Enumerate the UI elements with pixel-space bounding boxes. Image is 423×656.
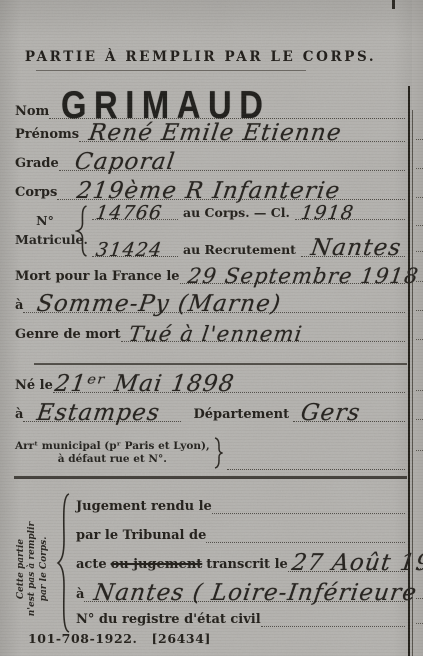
field-matricule: N° Matricule. 14766 au Corps. — Cl. 1918… xyxy=(15,203,405,259)
matricule-brace xyxy=(75,204,88,258)
field-transcription-line: 27 Août 1919 xyxy=(288,557,405,572)
edge-dotted-stub xyxy=(416,623,423,624)
field-prenoms-label: Prénoms xyxy=(15,127,79,142)
field-transcription: acte ou jugement transcrit le 27 Août 19… xyxy=(76,557,405,572)
edge-dotted-stub xyxy=(416,197,423,198)
field-prenoms: Prénoms René Emile Etienne xyxy=(15,127,405,142)
field-matricule-label: N° Matricule. xyxy=(15,212,75,250)
edge-dotted-stub xyxy=(416,168,423,169)
field-grade-value: Caporal xyxy=(73,149,177,175)
field-arrondissement-line xyxy=(227,455,405,470)
field-transcription-label-struck: ou jugement xyxy=(111,557,203,572)
sidenote-line3: par le Corps. xyxy=(39,500,50,638)
matricule-classe-line: 1918 xyxy=(295,205,405,220)
field-transcription-lieu-value: Nantes ( Loire-Inférieure xyxy=(93,580,420,606)
matricule-au-corps-label: au Corps. — Cl. xyxy=(183,205,290,220)
field-prenoms-line: René Emile Etienne xyxy=(79,127,405,142)
field-naissance-date: Né le 21ᵉʳ Mai 1898 xyxy=(15,378,405,393)
field-naissance-date-label: Né le xyxy=(15,378,53,393)
edge-dotted-stub xyxy=(416,339,423,340)
field-genre-mort-label: Genre de mort xyxy=(15,327,121,342)
edge-dotted-stub xyxy=(416,139,423,140)
field-tribunal-line xyxy=(206,528,405,543)
field-naissance-lieu: à Estampes Département Gers xyxy=(15,407,405,422)
field-corps-value: 219ème R Infanterie xyxy=(75,178,342,204)
field-mort-date-label: Mort pour la France le xyxy=(15,269,180,284)
field-corps-line: 219ème R Infanterie xyxy=(57,185,405,200)
field-registre-line xyxy=(261,612,405,627)
edge-dotted-stub xyxy=(416,390,423,391)
field-transcription-value: 27 Août 1919 xyxy=(290,550,423,576)
print-code: 101-708-1922. xyxy=(28,631,138,646)
field-corps: Corps 219ème R Infanterie xyxy=(15,185,405,200)
matricule-lieu-value: Nantes xyxy=(309,235,403,261)
field-grade: Grade Caporal xyxy=(15,156,405,171)
death-record-card: PARTIE À REMPLIR PAR LE CORPS. Nom GRIMA… xyxy=(0,0,423,656)
field-arrondissement-label-line2: à défaut rue et N°. xyxy=(15,453,210,466)
edge-dotted-stub xyxy=(416,419,423,420)
matricule-au-recrutement-label: au Recrutement xyxy=(183,242,296,257)
matricule-row-recrutement: 31424 au Recrutement Nantes xyxy=(92,242,405,257)
section-divider-thick xyxy=(14,476,407,479)
civil-section-brace xyxy=(56,492,71,634)
top-edge-mark xyxy=(392,0,395,9)
field-tribunal: par le Tribunal de xyxy=(76,528,405,543)
field-prenoms-value: René Emile Etienne xyxy=(87,120,343,146)
field-naissance-lieu-line: Estampes xyxy=(23,407,181,422)
field-nom: Nom GRIMAUD xyxy=(15,104,405,119)
field-arrondissement-label-line1: Arrᵗ municipal (pʳ Paris et Lyon), xyxy=(15,440,210,453)
field-jugement-line xyxy=(212,499,405,514)
field-naissance-lieu-label: à xyxy=(15,407,23,422)
field-arrondissement: Arrᵗ municipal (pʳ Paris et Lyon), à déf… xyxy=(15,436,405,470)
field-corps-label: Corps xyxy=(15,185,57,200)
field-registre-label: N° du registre d'état civil xyxy=(76,612,261,627)
edge-dotted-stub xyxy=(416,598,423,599)
field-jugement-label: Jugement rendu le xyxy=(76,499,212,514)
field-naissance-lieu-value: Estampes xyxy=(36,400,163,426)
field-departement-line: Gers xyxy=(293,407,405,422)
matricule-recrutement-value: 31424 xyxy=(94,239,164,261)
field-departement-label: Département xyxy=(193,407,289,422)
field-mort-lieu-line: Somme-Py (Marne) xyxy=(23,298,405,313)
field-mort-lieu-value: Somme-Py (Marne) xyxy=(36,291,284,317)
field-transcription-lieu-label: à xyxy=(76,587,84,602)
edge-dotted-stub xyxy=(416,225,423,226)
field-matricule-label-line1: N° xyxy=(15,212,75,231)
field-transcription-lieu: à Nantes ( Loire-Inférieure xyxy=(76,587,405,602)
header-rule xyxy=(36,70,306,71)
field-mort-date-value: 29 Septembre 1918 xyxy=(186,264,420,288)
matricule-classe-value: 1918 xyxy=(299,202,355,224)
field-naissance-date-value: 21ᵉʳ Mai 1898 xyxy=(53,371,236,397)
field-transcription-lieu-line: Nantes ( Loire-Inférieure xyxy=(84,587,405,602)
print-reference: 101-708-1922.[26434] xyxy=(28,631,225,646)
field-tribunal-label: par le Tribunal de xyxy=(76,528,206,543)
arrondissement-brace xyxy=(213,436,224,470)
field-mort-date-line: 29 Septembre 1918 xyxy=(180,269,405,284)
field-registre: N° du registre d'état civil xyxy=(76,612,405,627)
field-nom-line: GRIMAUD xyxy=(49,104,405,119)
sidenote-line1: Cette partie xyxy=(16,500,27,638)
field-mort-lieu-label: à xyxy=(15,298,23,313)
field-grade-line: Caporal xyxy=(59,156,405,171)
field-transcription-label-acte: acte xyxy=(76,557,107,572)
matricule-recrutement-line: 31424 xyxy=(92,242,178,257)
field-grade-label: Grade xyxy=(15,156,59,171)
field-matricule-label-line2: Matricule. xyxy=(15,231,75,250)
print-bracket-number: [26434] xyxy=(152,631,212,646)
field-mort-lieu: à Somme-Py (Marne) xyxy=(15,298,405,313)
matricule-corps-line: 14766 xyxy=(92,205,178,220)
field-arrondissement-label: Arrᵗ municipal (pʳ Paris et Lyon), à déf… xyxy=(15,440,210,466)
field-mort-date: Mort pour la France le 29 Septembre 1918 xyxy=(15,269,405,284)
matricule-row-corps: 14766 au Corps. — Cl. 1918 xyxy=(92,205,405,220)
field-jugement: Jugement rendu le xyxy=(76,499,405,514)
edge-dotted-stub xyxy=(416,310,423,311)
sidenote-line2: n'est pas à remplir xyxy=(27,500,38,638)
edge-dotted-stub xyxy=(416,251,423,252)
matricule-corps-value: 14766 xyxy=(94,202,164,224)
matricule-rows: 14766 au Corps. — Cl. 1918 31424 au Recr… xyxy=(88,205,405,257)
field-nom-label: Nom xyxy=(15,104,49,119)
field-transcription-label-suffix: transcrit le xyxy=(206,557,288,572)
section-divider xyxy=(34,363,407,365)
edge-dotted-stub xyxy=(416,450,423,451)
civil-section-sidenote: Cette partie n'est pas à remplir par le … xyxy=(16,500,52,638)
field-genre-mort-value: Tué à l'ennemi xyxy=(127,322,304,346)
field-genre-mort: Genre de mort Tué à l'ennemi xyxy=(15,327,405,342)
field-naissance-date-line: 21ᵉʳ Mai 1898 xyxy=(53,378,405,393)
field-genre-mort-line: Tué à l'ennemi xyxy=(121,327,405,342)
matricule-lieu-line: Nantes xyxy=(301,242,405,257)
section-title: PARTIE À REMPLIR PAR LE CORPS. xyxy=(0,49,401,65)
field-departement-value: Gers xyxy=(299,400,362,426)
